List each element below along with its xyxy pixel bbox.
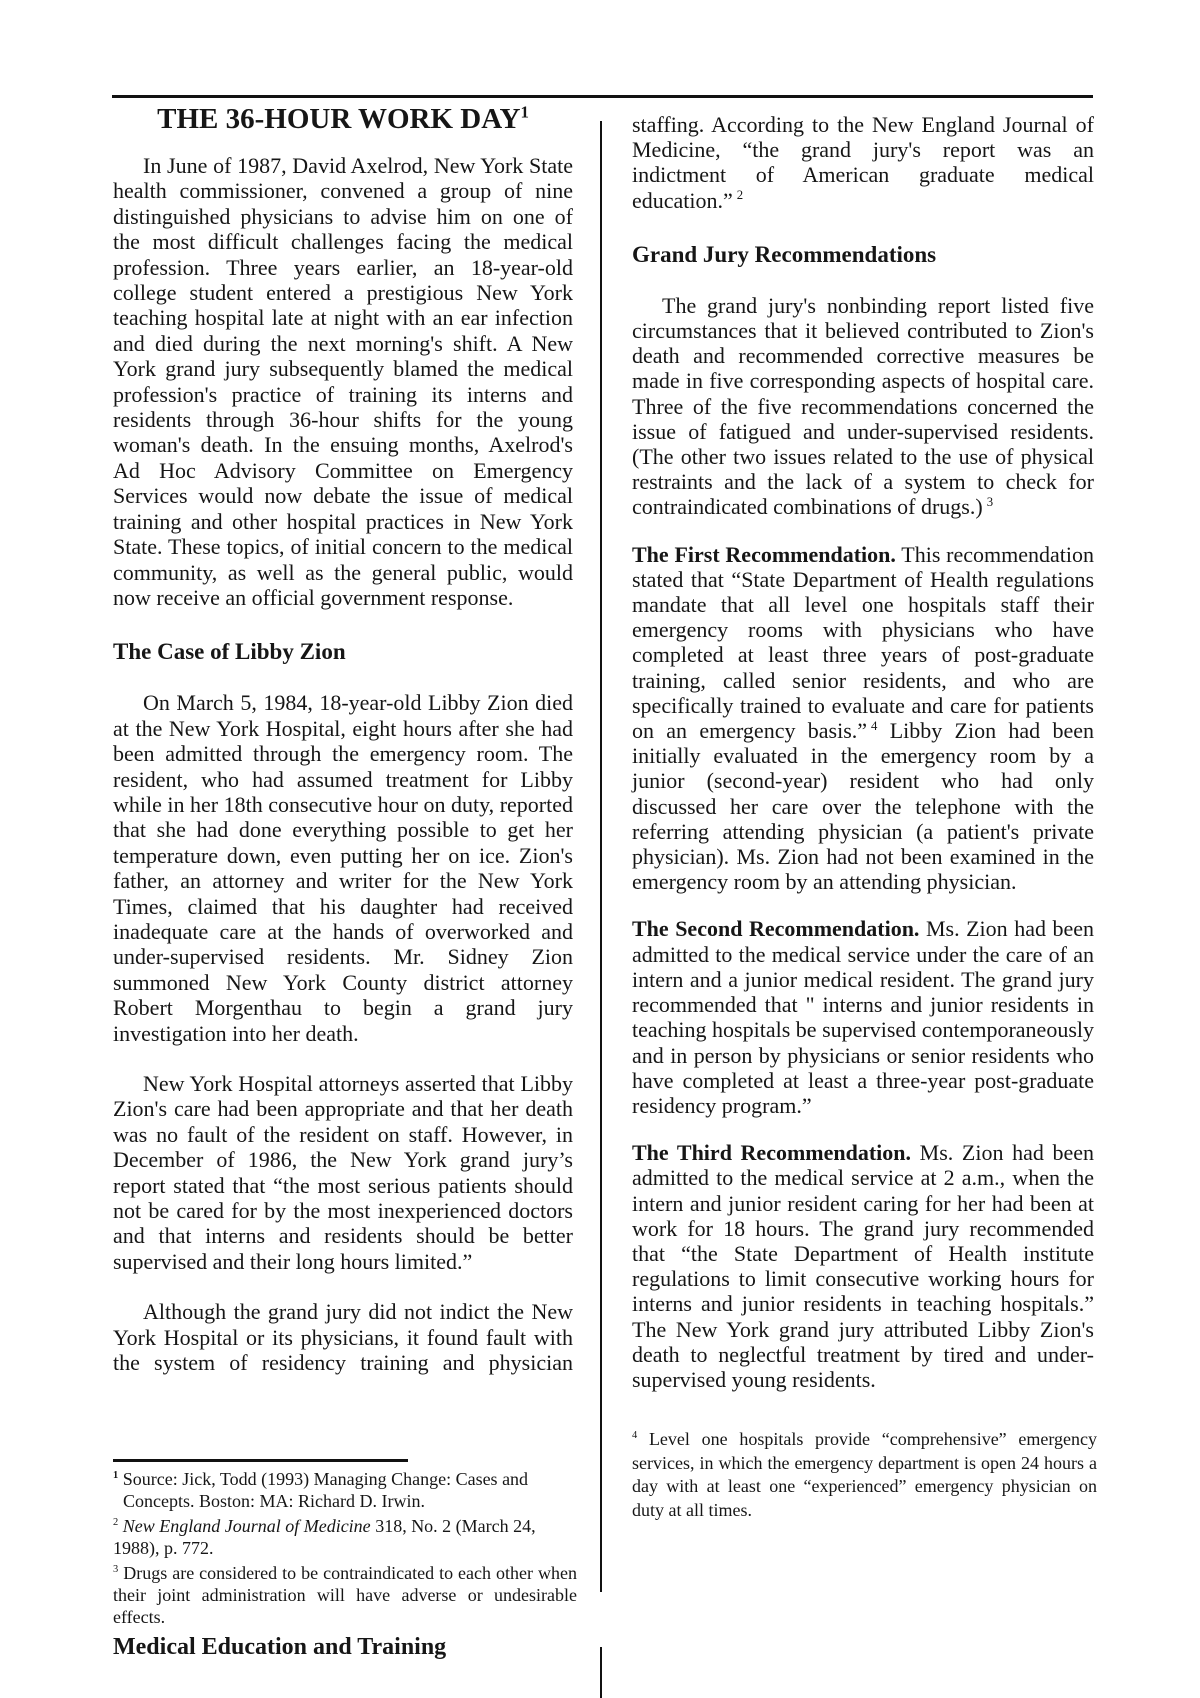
paragraph-staffing-continuation: staffing. According to the New England J… — [632, 112, 1094, 213]
footnote-4-marker: 4 — [632, 1430, 637, 1441]
footnotes-left: 1 Source: Jick, Todd (1993) Managing Cha… — [113, 1468, 577, 1631]
first-recommendation-text-after: Libby Zion had been initially evaluated … — [632, 718, 1094, 894]
footnote-separator — [113, 1459, 408, 1462]
footnote-1-marker: 1 — [113, 1470, 118, 1481]
article-title-text: THE 36-HOUR WORK DAY — [157, 103, 520, 135]
footnote-1: 1 Source: Jick, Todd (1993) Managing Cha… — [113, 1468, 577, 1512]
paragraph-case-1: On March 5, 1984, 18-year-old Libby Zion… — [113, 690, 573, 1046]
article-title: THE 36-HOUR WORK DAY1 — [113, 102, 573, 136]
top-rule — [112, 95, 1093, 98]
second-recommendation-text: Ms. Zion had been admitted to the medica… — [632, 916, 1094, 1117]
section-heading-libby-zion: The Case of Libby Zion — [113, 638, 573, 665]
left-column: THE 36-HOUR WORK DAY1 In June of 1987, D… — [113, 102, 573, 1400]
footnote-2-marker: 2 — [113, 1517, 118, 1528]
paragraph-third-recommendation: The Third Recommendation. Ms. Zion had b… — [632, 1140, 1094, 1392]
paragraph-recommendations-overview: The grand jury's nonbinding report liste… — [632, 293, 1094, 520]
paragraph-intro: In June of 1987, David Axelrod, New York… — [113, 153, 573, 610]
footnote-3-marker: 3 — [113, 1564, 118, 1575]
footnote-3-text: Drugs are considered to be contraindicat… — [113, 1563, 577, 1627]
footnote-2-journal: New England Journal of Medicine — [123, 1516, 371, 1536]
first-recommendation-text: This recommendation stated that “State D… — [632, 542, 1094, 743]
runin-heading-third-recommendation: The Third Recommendation. — [632, 1140, 911, 1165]
footnote-1-text: Source: Jick, Todd (1993) Managing Chang… — [123, 1469, 528, 1511]
footnote-ref-4: 4 — [871, 719, 877, 733]
title-footnote-ref: 1 — [520, 102, 528, 121]
paragraph-staffing-text: staffing. According to the New England J… — [632, 112, 1094, 213]
paragraph-first-recommendation: The First Recommendation. This recommend… — [632, 542, 1094, 895]
column-divider-bottom — [600, 1647, 602, 1698]
runin-heading-first-recommendation: The First Recommendation. — [632, 542, 896, 567]
footnote-2: 2 New England Journal of Medicine 318, N… — [113, 1515, 577, 1559]
document-page: THE 36-HOUR WORK DAY1 In June of 1987, D… — [0, 0, 1200, 1698]
paragraph-case-2: New York Hospital attorneys asserted tha… — [113, 1071, 573, 1274]
section-heading-medical-education: Medical Education and Training — [113, 1633, 446, 1661]
section-heading-grand-jury: Grand Jury Recommendations — [632, 241, 1094, 268]
column-divider — [600, 121, 602, 1592]
footnote-3: 3 Drugs are considered to be contraindic… — [113, 1562, 577, 1628]
footnote-ref-2: 2 — [737, 188, 743, 202]
paragraph-second-recommendation: The Second Recommendation. Ms. Zion had … — [632, 916, 1094, 1118]
runin-heading-second-recommendation: The Second Recommendation. — [632, 916, 919, 941]
paragraph-case-3: Although the grand jury did not indict t… — [113, 1299, 573, 1375]
footnote-ref-3: 3 — [987, 495, 993, 509]
paragraph-recommendations-text: The grand jury's nonbinding report liste… — [632, 293, 1094, 520]
right-column: staffing. According to the New England J… — [632, 112, 1094, 1414]
footnote-4: 4 Level one hospitals provide “comprehen… — [632, 1428, 1097, 1522]
third-recommendation-text: Ms. Zion had been admitted to the medica… — [632, 1140, 1094, 1392]
footnote-4-text: Level one hospitals provide “comprehensi… — [632, 1429, 1097, 1520]
